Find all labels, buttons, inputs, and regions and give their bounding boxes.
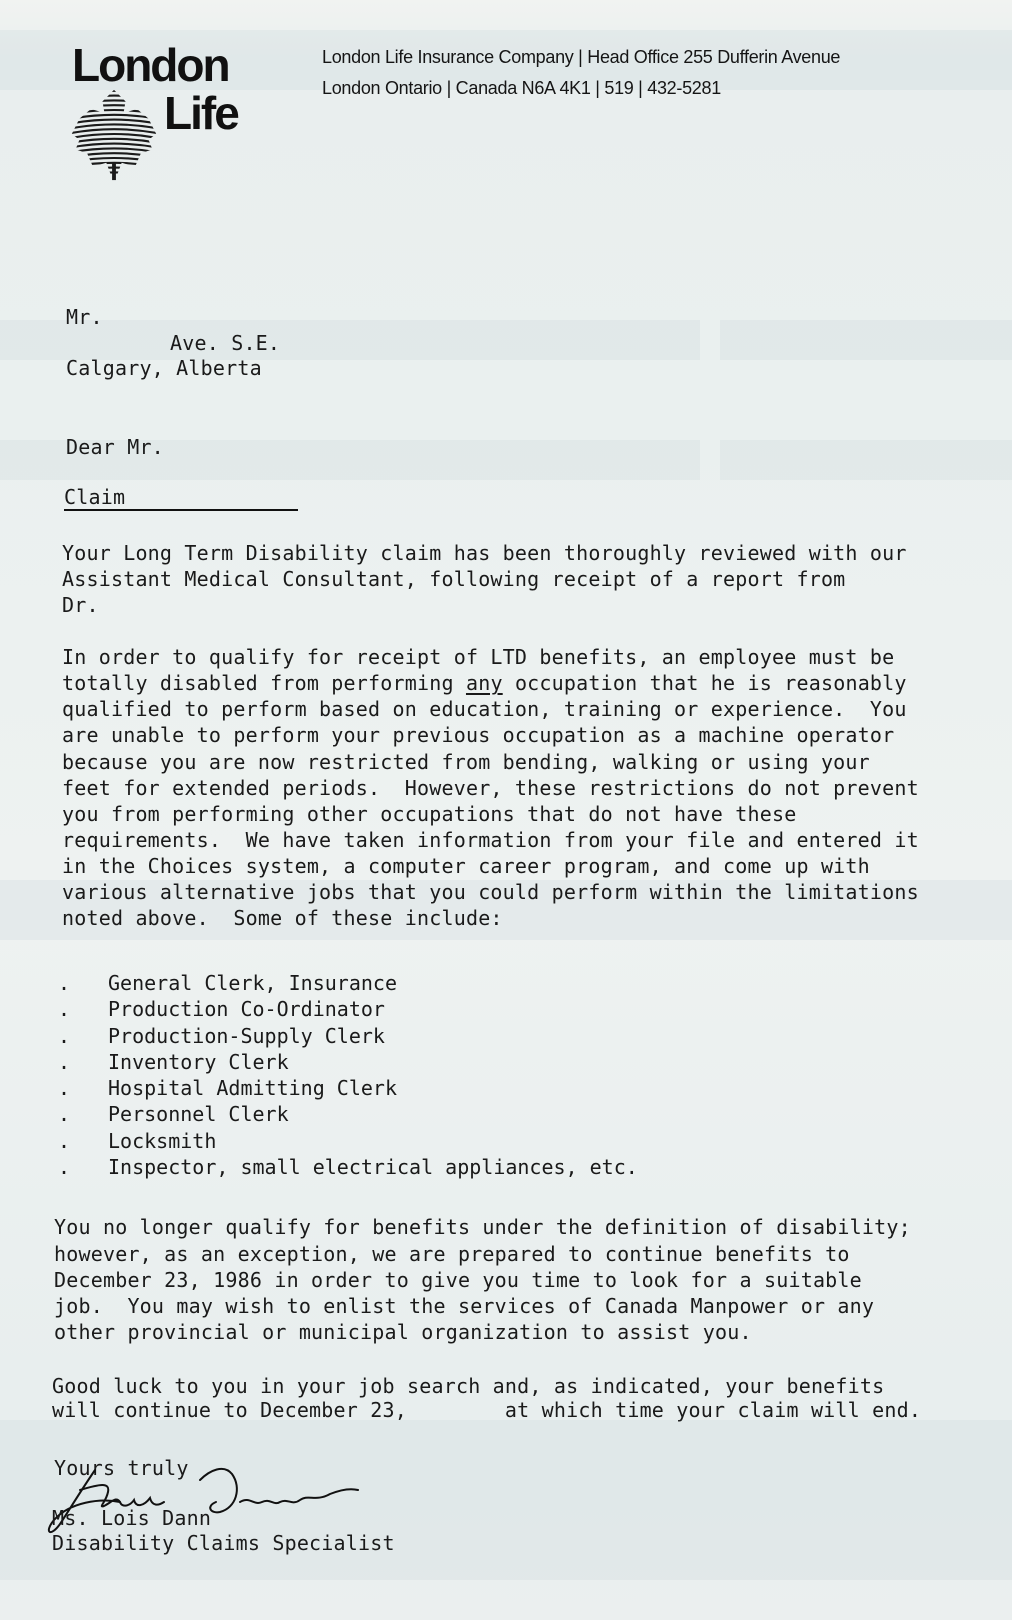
job-title: Production-Supply Clerk bbox=[108, 1023, 385, 1049]
paragraph-line: Your Long Term Disability claim has been… bbox=[62, 540, 907, 567]
paragraph-line: other provincial or municipal organizati… bbox=[54, 1319, 752, 1346]
list-item: .Hospital Admitting Clerk bbox=[58, 1075, 638, 1101]
paragraph-line: various alternative jobs that you could … bbox=[62, 879, 919, 906]
letterhead-line-1: London Life Insurance Company | Head Off… bbox=[322, 42, 840, 73]
emphasis-any: any bbox=[466, 671, 503, 695]
job-title: Production Co-Ordinator bbox=[108, 996, 385, 1022]
salutation: Dear Mr. bbox=[66, 434, 164, 461]
list-item: .Production Co-Ordinator bbox=[58, 996, 638, 1022]
paragraph-line: Dr. bbox=[62, 592, 99, 619]
paragraph-line: are unable to perform your previous occu… bbox=[62, 722, 894, 749]
paragraph-line: requirements. We have taken information … bbox=[62, 827, 919, 854]
paragraph-line: however, as an exception, we are prepare… bbox=[54, 1241, 850, 1268]
bullet-icon: . bbox=[58, 1023, 108, 1049]
subject-line: Claim bbox=[64, 484, 125, 511]
paragraph-line: totally disabled from performing any occ… bbox=[62, 670, 907, 697]
maple-leaf-icon bbox=[66, 86, 162, 182]
paragraph-line: feet for extended periods. However, thes… bbox=[62, 775, 919, 802]
bullet-icon: . bbox=[58, 996, 108, 1022]
text-span: occupation that he is reasonably bbox=[503, 671, 907, 695]
list-item: .Inspector, small electrical appliances,… bbox=[58, 1154, 638, 1180]
letterhead-address: London Life Insurance Company | Head Off… bbox=[322, 42, 840, 104]
bullet-icon: . bbox=[58, 1101, 108, 1127]
paragraph-line: qualified to perform based on education,… bbox=[62, 696, 907, 723]
list-item: .Production-Supply Clerk bbox=[58, 1023, 638, 1049]
recipient-name: Mr. bbox=[66, 304, 103, 331]
alternative-jobs-list: .General Clerk, Insurance .Production Co… bbox=[58, 970, 638, 1180]
paragraph-line: You no longer qualify for benefits under… bbox=[54, 1214, 911, 1241]
job-title: Hospital Admitting Clerk bbox=[108, 1075, 397, 1101]
signer-title: Disability Claims Specialist bbox=[52, 1530, 395, 1557]
job-title: Inventory Clerk bbox=[108, 1049, 289, 1075]
paragraph-line: job. You may wish to enlist the services… bbox=[54, 1293, 874, 1320]
list-item: .General Clerk, Insurance bbox=[58, 970, 638, 996]
list-item: .Inventory Clerk bbox=[58, 1049, 638, 1075]
recipient-street: Ave. S.E. bbox=[170, 330, 280, 357]
job-title: Inspector, small electrical appliances, … bbox=[108, 1154, 638, 1180]
text-span: totally disabled from performing bbox=[62, 671, 466, 695]
recipient-city: Calgary, Alberta bbox=[66, 355, 262, 382]
letterhead-line-2: London Ontario | Canada N6A 4K1 | 519 | … bbox=[322, 73, 840, 104]
company-logo: London Life bbox=[66, 40, 246, 180]
paragraph-line: In order to qualify for receipt of LTD b… bbox=[62, 644, 894, 671]
job-title: Personnel Clerk bbox=[108, 1101, 289, 1127]
list-item: .Personnel Clerk bbox=[58, 1101, 638, 1127]
job-title: Locksmith bbox=[108, 1128, 216, 1154]
letter-page: London Life London Life Insurance Compan… bbox=[0, 0, 1012, 1620]
logo-word-life: Life bbox=[164, 88, 238, 138]
bullet-icon: . bbox=[58, 1075, 108, 1101]
paragraph-line: in the Choices system, a computer career… bbox=[62, 853, 870, 880]
paragraph-line: you from performing other occupations th… bbox=[62, 801, 796, 828]
job-title: General Clerk, Insurance bbox=[108, 970, 397, 996]
paragraph-line: will continue to December 23, at which t… bbox=[52, 1397, 921, 1424]
paragraph-line: Assistant Medical Consultant, following … bbox=[62, 566, 845, 593]
paragraph-line: Good luck to you in your job search and,… bbox=[52, 1373, 884, 1400]
subject-underline bbox=[64, 509, 298, 511]
bullet-icon: . bbox=[58, 1128, 108, 1154]
bullet-icon: . bbox=[58, 1154, 108, 1180]
bullet-icon: . bbox=[58, 970, 108, 996]
paragraph-line: noted above. Some of these include: bbox=[62, 905, 503, 932]
bullet-icon: . bbox=[58, 1049, 108, 1075]
paragraph-line: because you are now restricted from bend… bbox=[62, 749, 870, 776]
signer-name: Ms. Lois Dann bbox=[52, 1505, 211, 1532]
list-item: .Locksmith bbox=[58, 1128, 638, 1154]
logo-word-london: London bbox=[72, 40, 229, 90]
paragraph-line: December 23, 1986 in order to give you t… bbox=[54, 1267, 862, 1294]
